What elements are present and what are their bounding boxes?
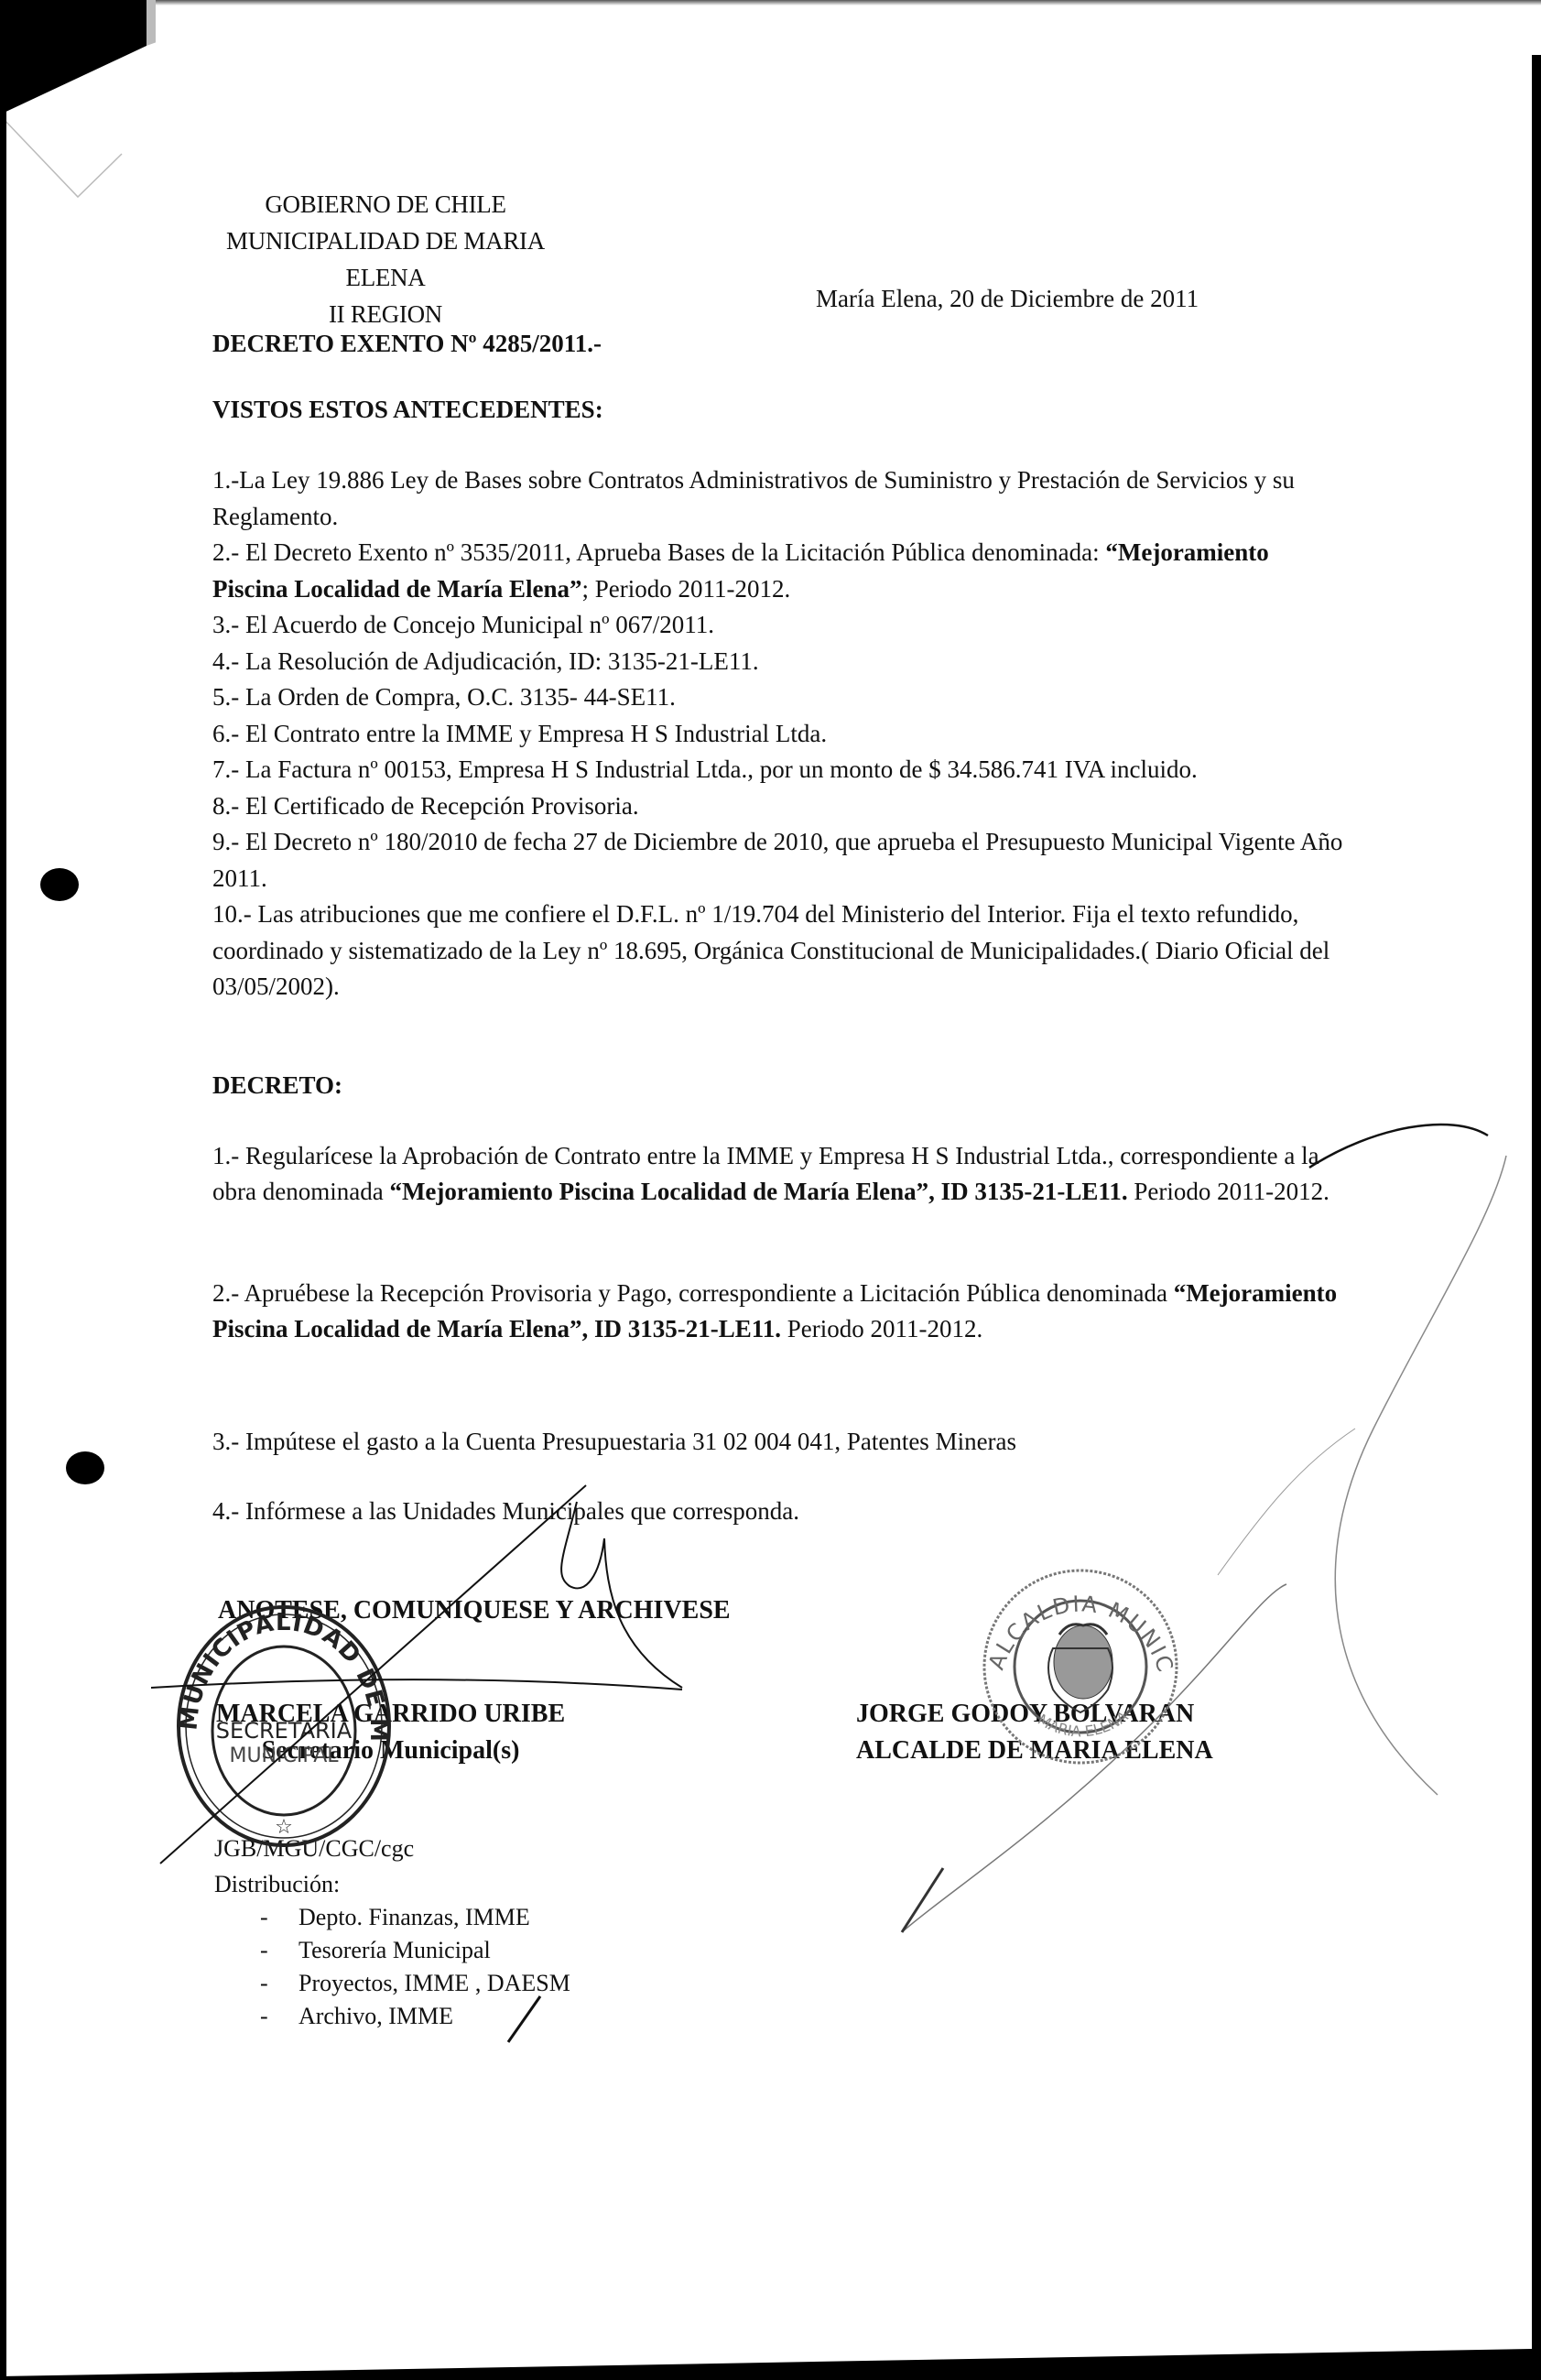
decreto-item: 4.- Infórmese a las Unidades Municipales… — [212, 1494, 1348, 1529]
vistos-item: 4.- La Resolución de Adjudicación, ID: 3… — [212, 644, 1348, 680]
vistos-item: 3.- El Acuerdo de Concejo Municipal nº 0… — [212, 607, 1348, 644]
letterhead-region: II REGION — [216, 296, 555, 332]
scan-top-edge — [0, 0, 1541, 5]
secretary-stamp: MUNICIPALIDAD DE MARIA ELENA SECRETARIA … — [169, 1593, 398, 1850]
vistos-list: 1.-La Ley 19.886 Ley de Bases sobre Cont… — [212, 462, 1348, 1005]
scan-edge-right — [1532, 55, 1541, 2380]
distribution-item: -Depto. Finanzas, IMME — [214, 1901, 570, 1934]
scan-bottom-edge — [0, 2343, 1541, 2380]
svg-text:☆: ☆ — [275, 1816, 293, 1839]
vistos-item: 8.- El Certificado de Recepción Provisor… — [212, 788, 1348, 825]
letterhead: GOBIERNO DE CHILE MUNICIPALIDAD DE MARIA… — [216, 186, 555, 332]
mayor-stamp: ALCALDIA MUNICIPAL MARIA ELENA — [975, 1561, 1186, 1772]
folded-corner — [0, 0, 156, 201]
decreto-item: 1.- Regularícese la Aprobación de Contra… — [212, 1138, 1348, 1210]
punch-hole — [40, 868, 79, 901]
distribution-list: Distribución: -Depto. Finanzas, IMME -Te… — [214, 1868, 570, 2033]
vistos-item: 10.- Las atribuciones que me confiere el… — [212, 897, 1348, 1005]
distribution-item: -Proyectos, IMME , DAESM — [214, 1967, 570, 2000]
letterhead-municipality: MUNICIPALIDAD DE MARIA ELENA — [216, 223, 555, 296]
vistos-item: 1.-La Ley 19.886 Ley de Bases sobre Cont… — [212, 462, 1348, 535]
decree-number: DECRETO EXENTO Nº 4285/2011.- — [212, 330, 602, 358]
date-line: María Elena, 20 de Diciembre de 2011 — [816, 285, 1199, 313]
scan-edge-left — [0, 110, 6, 2380]
decreto-item: 2.- Apruébese la Recepción Provisoria y … — [212, 1276, 1348, 1347]
svg-text:MUNICIPAL: MUNICIPAL — [229, 1744, 339, 1767]
distribution-item: -Archivo, IMME — [214, 2000, 570, 2033]
vistos-item: 9.- El Decreto nº 180/2010 de fecha 27 d… — [212, 824, 1348, 897]
coat-of-arms-icon — [1048, 1625, 1112, 1712]
vistos-item: 2.- El Decreto Exento nº 3535/2011, Apru… — [212, 535, 1348, 607]
vistos-item: 7.- La Factura nº 00153, Empresa H S Ind… — [212, 752, 1348, 788]
letterhead-government: GOBIERNO DE CHILE — [216, 186, 555, 223]
vistos-item: 5.- La Orden de Compra, O.C. 3135- 44-SE… — [212, 679, 1348, 716]
distribution-label: Distribución: — [214, 1868, 570, 1901]
punch-hole — [66, 1451, 104, 1484]
distribution-item: -Tesorería Municipal — [214, 1934, 570, 1967]
decreto-heading: DECRETO: — [212, 1071, 342, 1100]
svg-text:SECRETARIA: SECRETARIA — [216, 1718, 353, 1744]
vistos-heading: VISTOS ESTOS ANTECEDENTES: — [212, 396, 603, 424]
decreto-item: 3.- Impútese el gasto a la Cuenta Presup… — [212, 1424, 1348, 1460]
vistos-item: 6.- El Contrato entre la IMME y Empresa … — [212, 716, 1348, 753]
svg-text:MARIA ELENA: MARIA ELENA — [1035, 1708, 1131, 1741]
